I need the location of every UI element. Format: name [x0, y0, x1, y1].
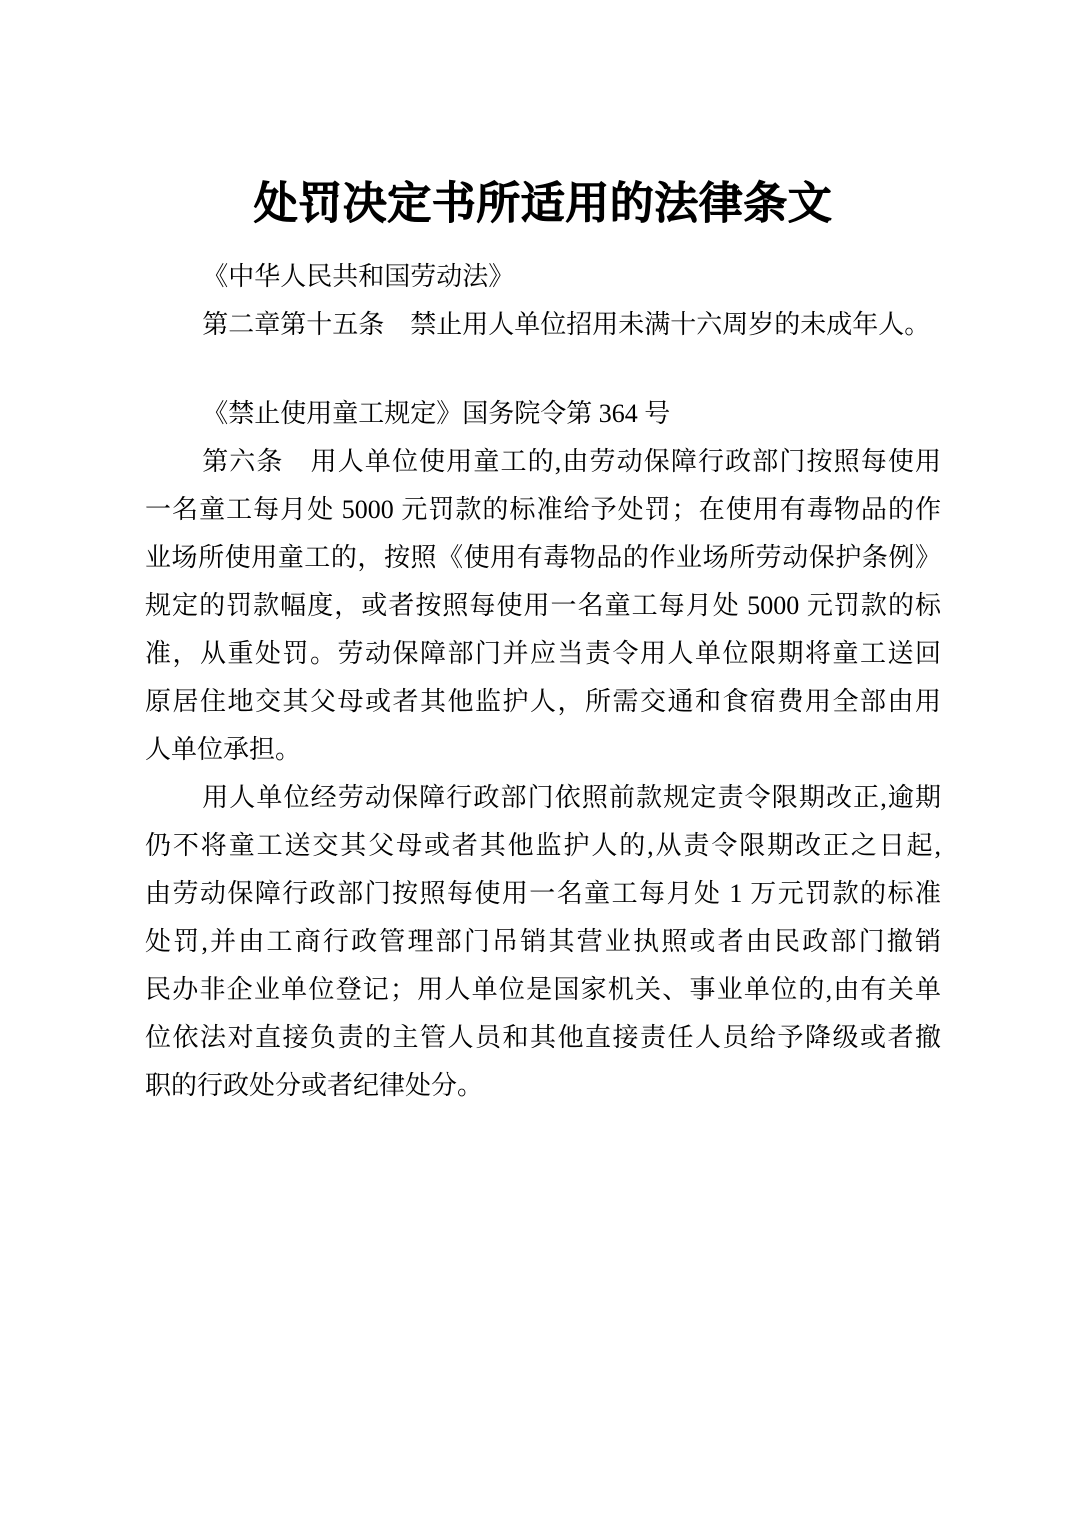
paragraph-2-line-1: 用人单位经劳动保障行政部门依照前款规定责令限期改正,逾期: [145, 774, 941, 822]
section-child-labor-regulation: 《禁止使用童工规定》国务院令第 364 号 第六条 用人单位使用童工的,由劳动保…: [145, 390, 941, 1110]
regulation-name-line: 《禁止使用童工规定》国务院令第 364 号: [145, 390, 941, 438]
article-6-line-1: 第六条 用人单位使用童工的,由劳动保障行政部门按照每使用: [145, 438, 941, 486]
paragraph-2-line-7: 职的行政处分或者纪律处分。: [145, 1062, 941, 1110]
article-6-line-6: 原居住地交其父母或者其他监护人，所需交通和食宿费用全部由用: [145, 678, 941, 726]
article-6-line-4: 规定的罚款幅度，或者按照每使用一名童工每月处 5000 元罚款的标: [145, 582, 941, 630]
article-6-line-2: 一名童工每月处 5000 元罚款的标准给予处罚；在使用有毒物品的作: [145, 486, 941, 534]
section-labor-law: 《中华人民共和国劳动法》 第二章第十五条 禁止用人单位招用未满十六周岁的未成年人…: [145, 253, 941, 349]
paragraph-2-line-5: 民办非企业单位登记；用人单位是国家机关、事业单位的,由有关单: [145, 966, 941, 1014]
article-15-line: 第二章第十五条 禁止用人单位招用未满十六周岁的未成年人。: [145, 301, 941, 349]
paragraph-2-line-6: 位依法对直接负责的主管人员和其他直接责任人员给予降级或者撤: [145, 1014, 941, 1062]
article-6-line-3: 业场所使用童工的，按照《使用有毒物品的作业场所劳动保护条例》: [145, 534, 941, 582]
article-6-line-7: 人单位承担。: [145, 726, 941, 774]
paragraph-2-line-3: 由劳动保障行政部门按照每使用一名童工每月处 1 万元罚款的标准: [145, 870, 941, 918]
article-6-line-5: 准，从重处罚。劳动保障部门并应当责令用人单位限期将童工送回: [145, 630, 941, 678]
document-body: 《中华人民共和国劳动法》 第二章第十五条 禁止用人单位招用未满十六周岁的未成年人…: [145, 253, 941, 1110]
paragraph-2-line-2: 仍不将童工送交其父母或者其他监护人的,从责令限期改正之日起,: [145, 822, 941, 870]
law-name-line: 《中华人民共和国劳动法》: [145, 253, 941, 301]
paragraph-2-line-4: 处罚,并由工商行政管理部门吊销其营业执照或者由民政部门撤销: [145, 918, 941, 966]
document-page: 处罚决定书所适用的法律条文 《中华人民共和国劳动法》 第二章第十五条 禁止用人单…: [0, 0, 1074, 1520]
section-spacer: [145, 349, 941, 390]
document-title: 处罚决定书所适用的法律条文: [145, 178, 941, 231]
